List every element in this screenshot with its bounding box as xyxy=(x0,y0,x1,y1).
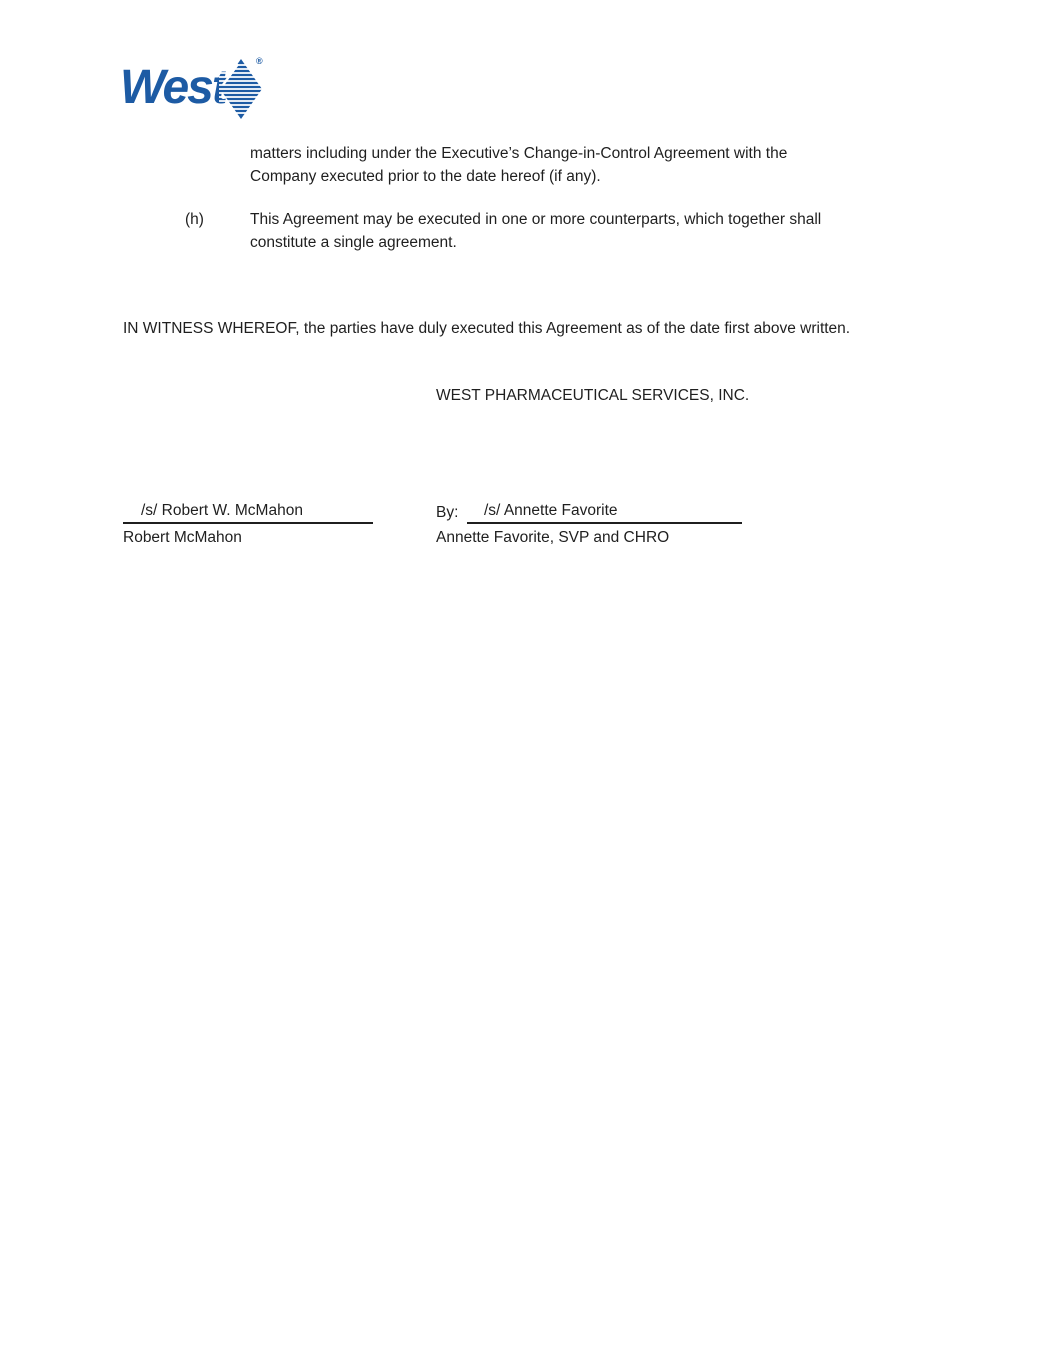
registered-trademark-symbol: ® xyxy=(256,56,263,66)
west-diamond-icon xyxy=(219,58,263,120)
printed-name-executive: Robert McMahon xyxy=(123,526,242,549)
company-name: WEST PHARMACEUTICAL SERVICES, INC. xyxy=(436,384,749,407)
clause-h-text: This Agreement may be executed in one or… xyxy=(250,208,910,254)
document-page: West xyxy=(0,0,1055,1365)
clause-h-label: (h) xyxy=(185,208,204,231)
signature-line-company: /s/ Annette Favorite xyxy=(467,500,742,524)
west-logo-wordmark: West xyxy=(120,64,226,112)
by-label: By: xyxy=(436,501,458,524)
signature-line-executive: /s/ Robert W. McMahon xyxy=(123,500,373,524)
west-logo: West xyxy=(120,56,280,122)
paragraph-continuation: matters including under the Executive’s … xyxy=(250,142,890,188)
printed-name-company: Annette Favorite, SVP and CHRO xyxy=(436,526,669,549)
witness-clause: IN WITNESS WHEREOF, the parties have dul… xyxy=(123,317,1003,340)
